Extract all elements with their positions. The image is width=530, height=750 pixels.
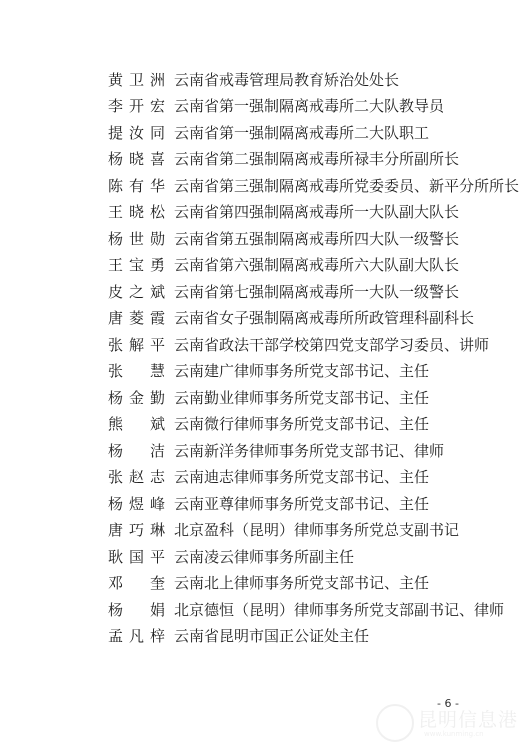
watermark: 昆明信息港 www.kunming.cn: [372, 700, 522, 745]
list-item: 唐菱霞云南省女子强制隔离戒毒所所政管理科副科长: [108, 305, 519, 332]
person-name: 王宝勇: [108, 254, 165, 275]
person-name: 张慧: [108, 360, 165, 381]
person-title: 云南微行律师事务所党支部书记、主任: [174, 413, 429, 434]
person-name: 提汝同: [108, 122, 165, 143]
person-title: 云南勤业律师事务所党支部书记、主任: [174, 387, 429, 408]
list-item: 李开宏云南省第一强制隔离戒毒所二大队教导员: [108, 93, 519, 120]
person-name: 杨金勤: [108, 387, 165, 408]
person-title: 云南亚尊律师事务所党支部书记、主任: [174, 493, 429, 514]
list-item: 提汝同云南省第一强制隔离戒毒所二大队职工: [108, 119, 519, 146]
list-item: 黄卫洲云南省戒毒管理局教育矫治处处长: [108, 66, 519, 93]
person-name: 熊斌: [108, 413, 165, 434]
person-name: 杨世勋: [108, 228, 165, 249]
person-title: 云南省第五强制隔离戒毒所四大队一级警长: [174, 228, 459, 249]
person-title: 云南凌云律师事务所副主任: [174, 546, 354, 567]
watermark-text: 昆明信息港: [418, 705, 518, 732]
list-item: 杨娟北京德恒（昆明）律师事务所党支部副书记、律师: [108, 596, 519, 623]
person-name: 邓奎: [108, 572, 165, 593]
person-name: 杨晓喜: [108, 148, 165, 169]
watermark-url: www.kunming.cn: [424, 730, 484, 738]
person-title: 云南迪志律师事务所党支部书记、主任: [174, 466, 429, 487]
person-name: 孟凡梓: [108, 625, 165, 646]
watermark-logo-icon: [376, 704, 414, 742]
person-title: 云南省女子强制隔离戒毒所所政管理科副科长: [174, 307, 474, 328]
person-title: 云南省第七强制隔离戒毒所一大队一级警长: [174, 281, 459, 302]
list-item: 杨晓喜云南省第二强制隔离戒毒所禄丰分所副所长: [108, 146, 519, 173]
person-title: 云南省戒毒管理局教育矫治处处长: [174, 69, 399, 90]
list-item: 张解平云南省政法干部学校第四党支部学习委员、讲师: [108, 331, 519, 358]
person-title: 云南北上律师事务所党支部书记、主任: [174, 572, 429, 593]
person-name: 张解平: [108, 334, 165, 355]
person-title: 云南省昆明市国正公证处主任: [174, 625, 369, 646]
person-title: 云南省第四强制隔离戒毒所一大队副大队长: [174, 201, 459, 222]
person-name: 陈有华: [108, 175, 165, 196]
person-title: 云南省第一强制隔离戒毒所二大队职工: [174, 122, 429, 143]
list-item: 杨世勋云南省第五强制隔离戒毒所四大队一级警长: [108, 225, 519, 252]
person-title: 云南新洋务律师事务所党支部书记、律师: [174, 440, 444, 461]
list-item: 耿国平云南凌云律师事务所副主任: [108, 543, 519, 570]
list-item: 杨金勤云南勤业律师事务所党支部书记、主任: [108, 384, 519, 411]
list-item: 张赵志云南迪志律师事务所党支部书记、主任: [108, 464, 519, 491]
list-item: 熊斌云南微行律师事务所党支部书记、主任: [108, 411, 519, 438]
person-name: 唐菱霞: [108, 307, 165, 328]
list-item: 杨洁云南新洋务律师事务所党支部书记、律师: [108, 437, 519, 464]
person-title: 北京德恒（昆明）律师事务所党支部副书记、律师: [174, 599, 504, 620]
person-title: 云南省第二强制隔离戒毒所禄丰分所副所长: [174, 148, 459, 169]
list-item: 邓奎云南北上律师事务所党支部书记、主任: [108, 570, 519, 597]
person-title: 云南省第一强制隔离戒毒所二大队教导员: [174, 95, 444, 116]
list-item: 王晓松云南省第四强制隔离戒毒所一大队副大队长: [108, 199, 519, 226]
person-title: 云南省第六强制隔离戒毒所六大队副大队长: [174, 254, 459, 275]
person-title: 云南省政法干部学校第四党支部学习委员、讲师: [174, 334, 489, 355]
person-name: 李开宏: [108, 95, 165, 116]
person-title: 云南建广律师事务所党支部书记、主任: [174, 360, 429, 381]
person-name: 黄卫洲: [108, 69, 165, 90]
list-item: 唐巧琳北京盈科（昆明）律师事务所党总支副书记: [108, 517, 519, 544]
person-name: 张赵志: [108, 466, 165, 487]
person-name: 皮之斌: [108, 281, 165, 302]
person-name: 杨娟: [108, 599, 165, 620]
person-title: 云南省第三强制隔离戒毒所党委委员、新平分所所长: [174, 175, 519, 196]
list-item: 皮之斌云南省第七强制隔离戒毒所一大队一级警长: [108, 278, 519, 305]
person-name: 杨煜峰: [108, 493, 165, 514]
person-name: 唐巧琳: [108, 519, 165, 540]
list-item: 王宝勇云南省第六强制隔离戒毒所六大队副大队长: [108, 252, 519, 279]
person-title: 北京盈科（昆明）律师事务所党总支副书记: [174, 519, 459, 540]
person-name: 王晓松: [108, 201, 165, 222]
list-item: 杨煜峰云南亚尊律师事务所党支部书记、主任: [108, 490, 519, 517]
list-item: 张慧云南建广律师事务所党支部书记、主任: [108, 358, 519, 385]
name-list: 黄卫洲云南省戒毒管理局教育矫治处处长李开宏云南省第一强制隔离戒毒所二大队教导员提…: [108, 66, 519, 649]
list-item: 陈有华云南省第三强制隔离戒毒所党委委员、新平分所所长: [108, 172, 519, 199]
person-name: 耿国平: [108, 546, 165, 567]
person-name: 杨洁: [108, 440, 165, 461]
list-item: 孟凡梓云南省昆明市国正公证处主任: [108, 623, 519, 650]
